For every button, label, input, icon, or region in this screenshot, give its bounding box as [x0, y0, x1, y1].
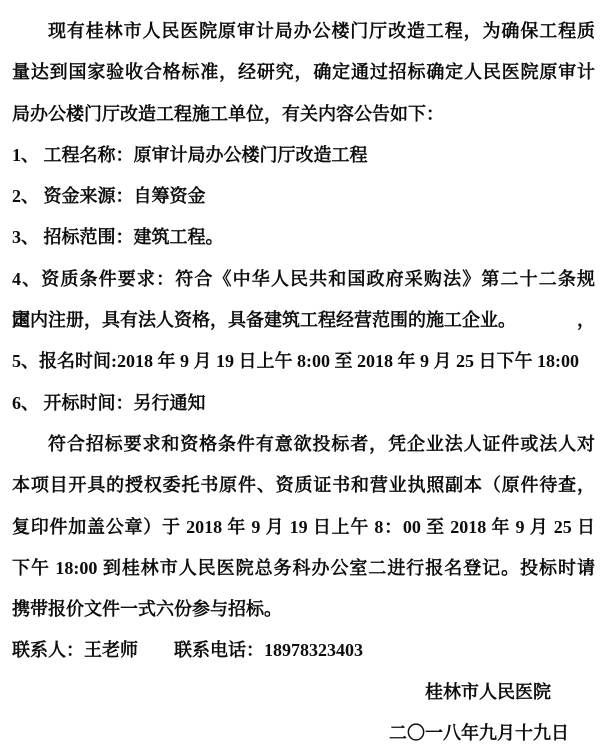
- intro-line-3: 局办公楼门厅改造工程施工单位，有关内容公告如下：: [12, 94, 595, 135]
- item-5-registration-time: 5、报名时间:2018 年 9 月 19 日上午 8:00 至 2018 年 9…: [12, 341, 595, 382]
- registration-instructions-line-4: 下午 18:00 到桂林市人民医院总务科办公室二进行报名登记。投标时请: [12, 548, 595, 589]
- item-4-qualification-line-1: 4、资质条件要求：符合《中华人民共和国政府采购法》第二十二条规定，: [12, 259, 595, 300]
- item-2-funding-source: 2、 资金来源：自筹资金: [12, 176, 595, 217]
- registration-instructions-line-2: 本项目开具的授权委托书原件、资质证书和营业执照副本（原件待查，: [12, 465, 595, 506]
- intro-line-1: 现有桂林市人民医院原审计局办公楼门厅改造工程，为确保工程质: [12, 11, 595, 52]
- item-1-project-name: 1、 工程名称：原审计局办公楼门厅改造工程: [12, 135, 595, 176]
- item-4-qualification-line-2: 国内注册，具有法人资格，具备建筑工程经营范围的施工企业。: [12, 300, 595, 341]
- item-6-bid-opening-time: 6、 开标时间：另行通知: [12, 383, 595, 424]
- registration-instructions-line-1: 符合招标要求和资格条件有意欲投标者，凭企业法人证件或法人对: [12, 424, 595, 465]
- intro-line-2: 量达到国家验收合格标准，经研究，确定通过招标确定人民医院原审计: [12, 52, 595, 93]
- signature-date: 二〇一八年九月十九日: [12, 713, 595, 754]
- announcement-document: 现有桂林市人民医院原审计局办公楼门厅改造工程，为确保工程质 量达到国家验收合格标…: [0, 0, 607, 755]
- registration-instructions-line-3: 复印件加盖公章）于 2018 年 9 月 19 日上午 8：00 至 2018 …: [12, 507, 595, 548]
- contact-line: 联系人：王老师 联系电话：18978323403: [12, 630, 595, 671]
- signature-organization: 桂林市人民医院: [12, 672, 595, 713]
- item-3-tender-scope: 3、 招标范围：建筑工程。: [12, 217, 595, 258]
- registration-instructions-line-5: 携带报价文件一式六份参与招标。: [12, 589, 595, 630]
